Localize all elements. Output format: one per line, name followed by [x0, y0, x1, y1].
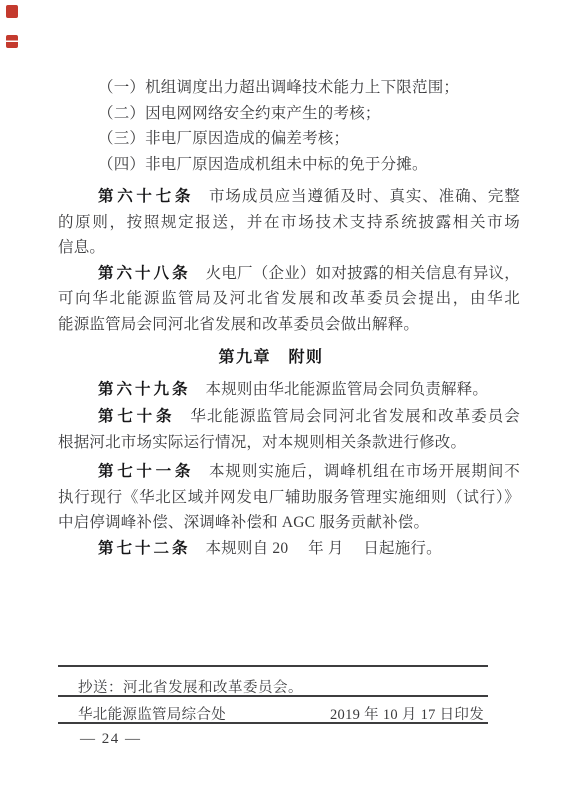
article-paragraph: 第七十二条本规则自 20 年 月 日起施行。	[58, 536, 520, 562]
issue-row: 华北能源监管局综合处 2019 年 10 月 17 日印发	[78, 703, 484, 724]
document-page: （一）机组调度出力超出调峰技术能力上下限范围；（二）因电网网络安全约束产生的考核…	[0, 0, 565, 800]
footer-top-rule	[58, 665, 488, 667]
footer-middle-rule	[58, 695, 488, 697]
article-paragraph: 第六十七条市场成员应当遵循及时、真实、准确、完整的原则，按照规定报送，并在市场技…	[58, 184, 520, 261]
text-line: 信息。	[58, 235, 520, 261]
list-item: （二）因电网网络安全约束产生的考核；	[58, 101, 520, 127]
article-number: 第七十一条	[98, 463, 194, 480]
text-line: 执行现行《华北区域并网发电厂辅助服务管理实施细则（试行）》	[58, 485, 520, 511]
article-number: 第六十八条	[98, 265, 191, 282]
list-item: （一）机组调度出力超出调峰技术能力上下限范围；	[58, 75, 520, 101]
document-body: （一）机组调度出力超出调峰技术能力上下限范围；（二）因电网网络安全约束产生的考核…	[58, 75, 520, 561]
cc-line: 抄送：河北省发展和改革委员会。	[78, 676, 303, 697]
text-line: 能源监管局会同河北省发展和改革委员会做出解释。	[58, 312, 520, 338]
text-line: （二）因电网网络安全约束产生的考核；	[58, 101, 520, 127]
issuing-office: 华北能源监管局综合处	[78, 703, 226, 724]
text-line: （三）非电厂原因造成的偏差考核；	[58, 126, 520, 152]
text-line: 中启停调峰补偿、深调峰补偿和 AGC 服务贡献补偿。	[58, 510, 520, 536]
article-number: 第六十七条	[98, 188, 194, 205]
text-line: 的原则，按照规定报送，并在市场技术支持系统披露相关市场	[58, 210, 520, 236]
article-paragraph: 第七十一条本规则实施后，调峰机组在市场开展期间不执行现行《华北区域并网发电厂辅助…	[58, 459, 520, 536]
list-item: （四）非电厂原因造成机组未中标的免于分摊。	[58, 152, 520, 178]
text-line: 可向华北能源监管局及河北省发展和改革委员会提出，由华北	[58, 286, 520, 312]
text-line: 第六十九条本规则由华北能源监管局会同负责解释。	[58, 377, 520, 403]
text-line: （四）非电厂原因造成机组未中标的免于分摊。	[58, 152, 520, 178]
article-number: 第七十条	[98, 408, 175, 425]
text-line: 第七十二条本规则自 20 年 月 日起施行。	[58, 536, 520, 562]
footer-bottom-rule	[58, 722, 488, 724]
text-line: 第六十八条火电厂（企业）如对披露的相关信息有异议，	[58, 261, 520, 287]
red-stamp-mark-top-icon	[6, 5, 18, 18]
page-number: — 24 —	[80, 731, 142, 748]
text-line: （一）机组调度出力超出调峰技术能力上下限范围；	[58, 75, 520, 101]
article-number: 第七十二条	[98, 540, 191, 557]
article-number: 第六十九条	[98, 381, 191, 398]
red-stamp-mark-bottom-icon	[6, 35, 18, 48]
chapter-heading: 第九章 附则	[58, 345, 484, 371]
list-item: （三）非电厂原因造成的偏差考核；	[58, 126, 520, 152]
text-line: 第六十七条市场成员应当遵循及时、真实、准确、完整	[58, 184, 520, 210]
text-line: 第七十条华北能源监管局会同河北省发展和改革委员会	[58, 404, 520, 430]
print-date: 2019 年 10 月 17 日印发	[330, 703, 484, 724]
article-paragraph: 第六十九条本规则由华北能源监管局会同负责解释。	[58, 377, 520, 403]
text-line: 根据河北市场实际运行情况，对本规则相关条款进行修改。	[58, 430, 520, 456]
text-line: 第七十一条本规则实施后，调峰机组在市场开展期间不	[58, 459, 520, 485]
article-paragraph: 第六十八条火电厂（企业）如对披露的相关信息有异议，可向华北能源监管局及河北省发展…	[58, 261, 520, 338]
article-paragraph: 第七十条华北能源监管局会同河北省发展和改革委员会根据河北市场实际运行情况，对本规…	[58, 404, 520, 455]
